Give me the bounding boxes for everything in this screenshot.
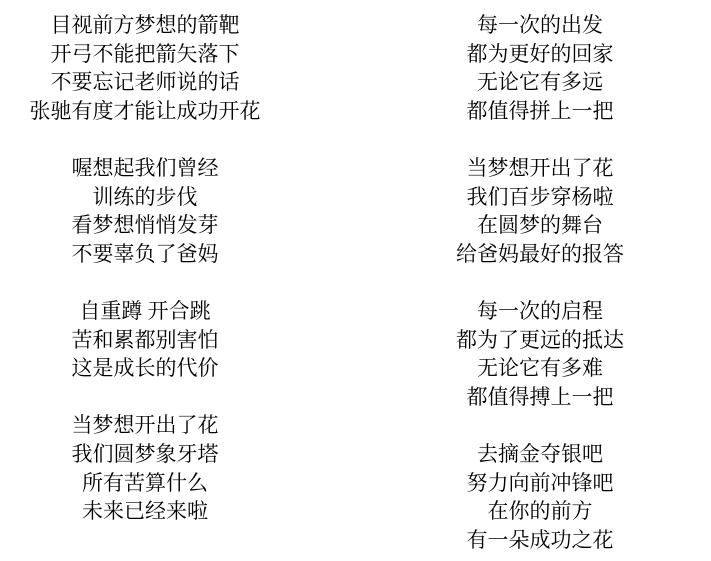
lyric-line: 都值得搏上一把 — [415, 383, 665, 412]
lyric-line: 在圆梦的舞台 — [415, 211, 665, 240]
lyric-line: 当梦想开出了花 — [20, 411, 270, 440]
lyric-line: 有一朵成功之花 — [415, 526, 665, 555]
lyric-line: 当梦想开出了花 — [415, 154, 665, 183]
lyric-line: 训练的步伐 — [20, 183, 270, 212]
lyric-line: 喔想起我们曾经 — [20, 154, 270, 183]
lyrics-right-column: 每一次的出发都为更好的回家无论它有多远都值得拼上一把当梦想开出了花我们百步穿杨啦… — [415, 11, 665, 554]
lyric-line: 看梦想悄悄发芽 — [20, 211, 270, 240]
lyric-line: 努力向前冲锋吧 — [415, 469, 665, 498]
lyric-line: 去摘金夺银吧 — [415, 440, 665, 469]
stanza-gap — [20, 125, 270, 154]
lyric-line: 我们百步穿杨啦 — [415, 183, 665, 212]
lyric-line: 所有苦算什么 — [20, 469, 270, 498]
stanza-gap — [20, 383, 270, 412]
lyric-line: 在你的前方 — [415, 497, 665, 526]
lyric-line: 都为更好的回家 — [415, 40, 665, 69]
lyric-line: 未来已经来啦 — [20, 497, 270, 526]
lyric-line: 自重蹲 开合跳 — [20, 297, 270, 326]
stanza-gap — [20, 268, 270, 297]
lyric-line: 目视前方梦想的箭靶 — [20, 11, 270, 40]
lyric-line: 我们圆梦象牙塔 — [20, 440, 270, 469]
stanza-gap — [415, 268, 665, 297]
lyric-line: 这是成长的代价 — [20, 354, 270, 383]
lyric-line: 不要辜负了爸妈 — [20, 240, 270, 269]
lyric-line: 都值得拼上一把 — [415, 97, 665, 126]
lyric-line: 无论它有多难 — [415, 354, 665, 383]
lyric-line: 无论它有多远 — [415, 68, 665, 97]
lyric-line: 苦和累都别害怕 — [20, 326, 270, 355]
stanza-gap — [415, 411, 665, 440]
lyric-line: 都为了更远的抵达 — [415, 326, 665, 355]
lyric-line: 开弓不能把箭矢落下 — [20, 40, 270, 69]
lyric-line: 不要忘记老师说的话 — [20, 68, 270, 97]
lyrics-left-column: 目视前方梦想的箭靶开弓不能把箭矢落下不要忘记老师说的话张驰有度才能让成功开花喔想… — [20, 11, 270, 526]
lyrics-document: 目视前方梦想的箭靶开弓不能把箭矢落下不要忘记老师说的话张驰有度才能让成功开花喔想… — [0, 0, 711, 561]
stanza-gap — [415, 125, 665, 154]
lyric-line: 张驰有度才能让成功开花 — [20, 97, 270, 126]
lyric-line: 每一次的出发 — [415, 11, 665, 40]
lyric-line: 每一次的启程 — [415, 297, 665, 326]
lyric-line: 给爸妈最好的报答 — [415, 240, 665, 269]
